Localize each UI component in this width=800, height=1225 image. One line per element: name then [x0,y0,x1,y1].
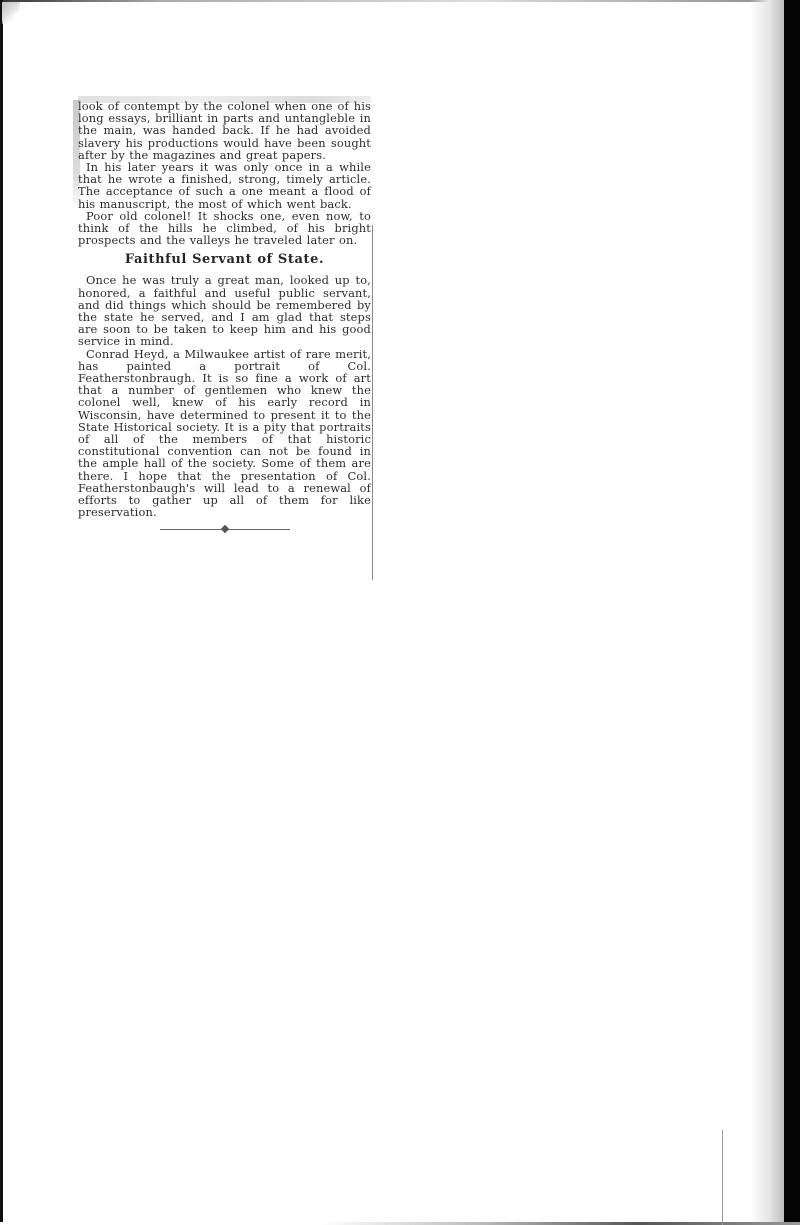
diamond-icon [220,524,228,532]
scan-top-edge [0,0,800,2]
end-ornament-divider [160,525,290,535]
paragraph: Poor old colonel! It shocks one, even no… [78,210,371,247]
column-rule [372,225,373,580]
paragraph: look of contempt by the colonel when one… [78,100,371,161]
paragraph: Conrad Heyd, a Milwaukee artist of rare … [78,348,371,519]
scan-right-edge [784,0,800,1225]
paragraph: Once he was truly a great man, looked up… [78,274,371,347]
scan-left-edge [0,0,3,1225]
scan-corner-fold [2,2,20,24]
scan-right-shadow [750,0,784,1225]
newspaper-clipping: look of contempt by the colonel when one… [78,100,371,535]
scan-fold-line [722,1130,723,1225]
paragraph: In his later years it was only once in a… [78,161,371,210]
section-heading: Faithful Servant of State. [78,252,371,267]
